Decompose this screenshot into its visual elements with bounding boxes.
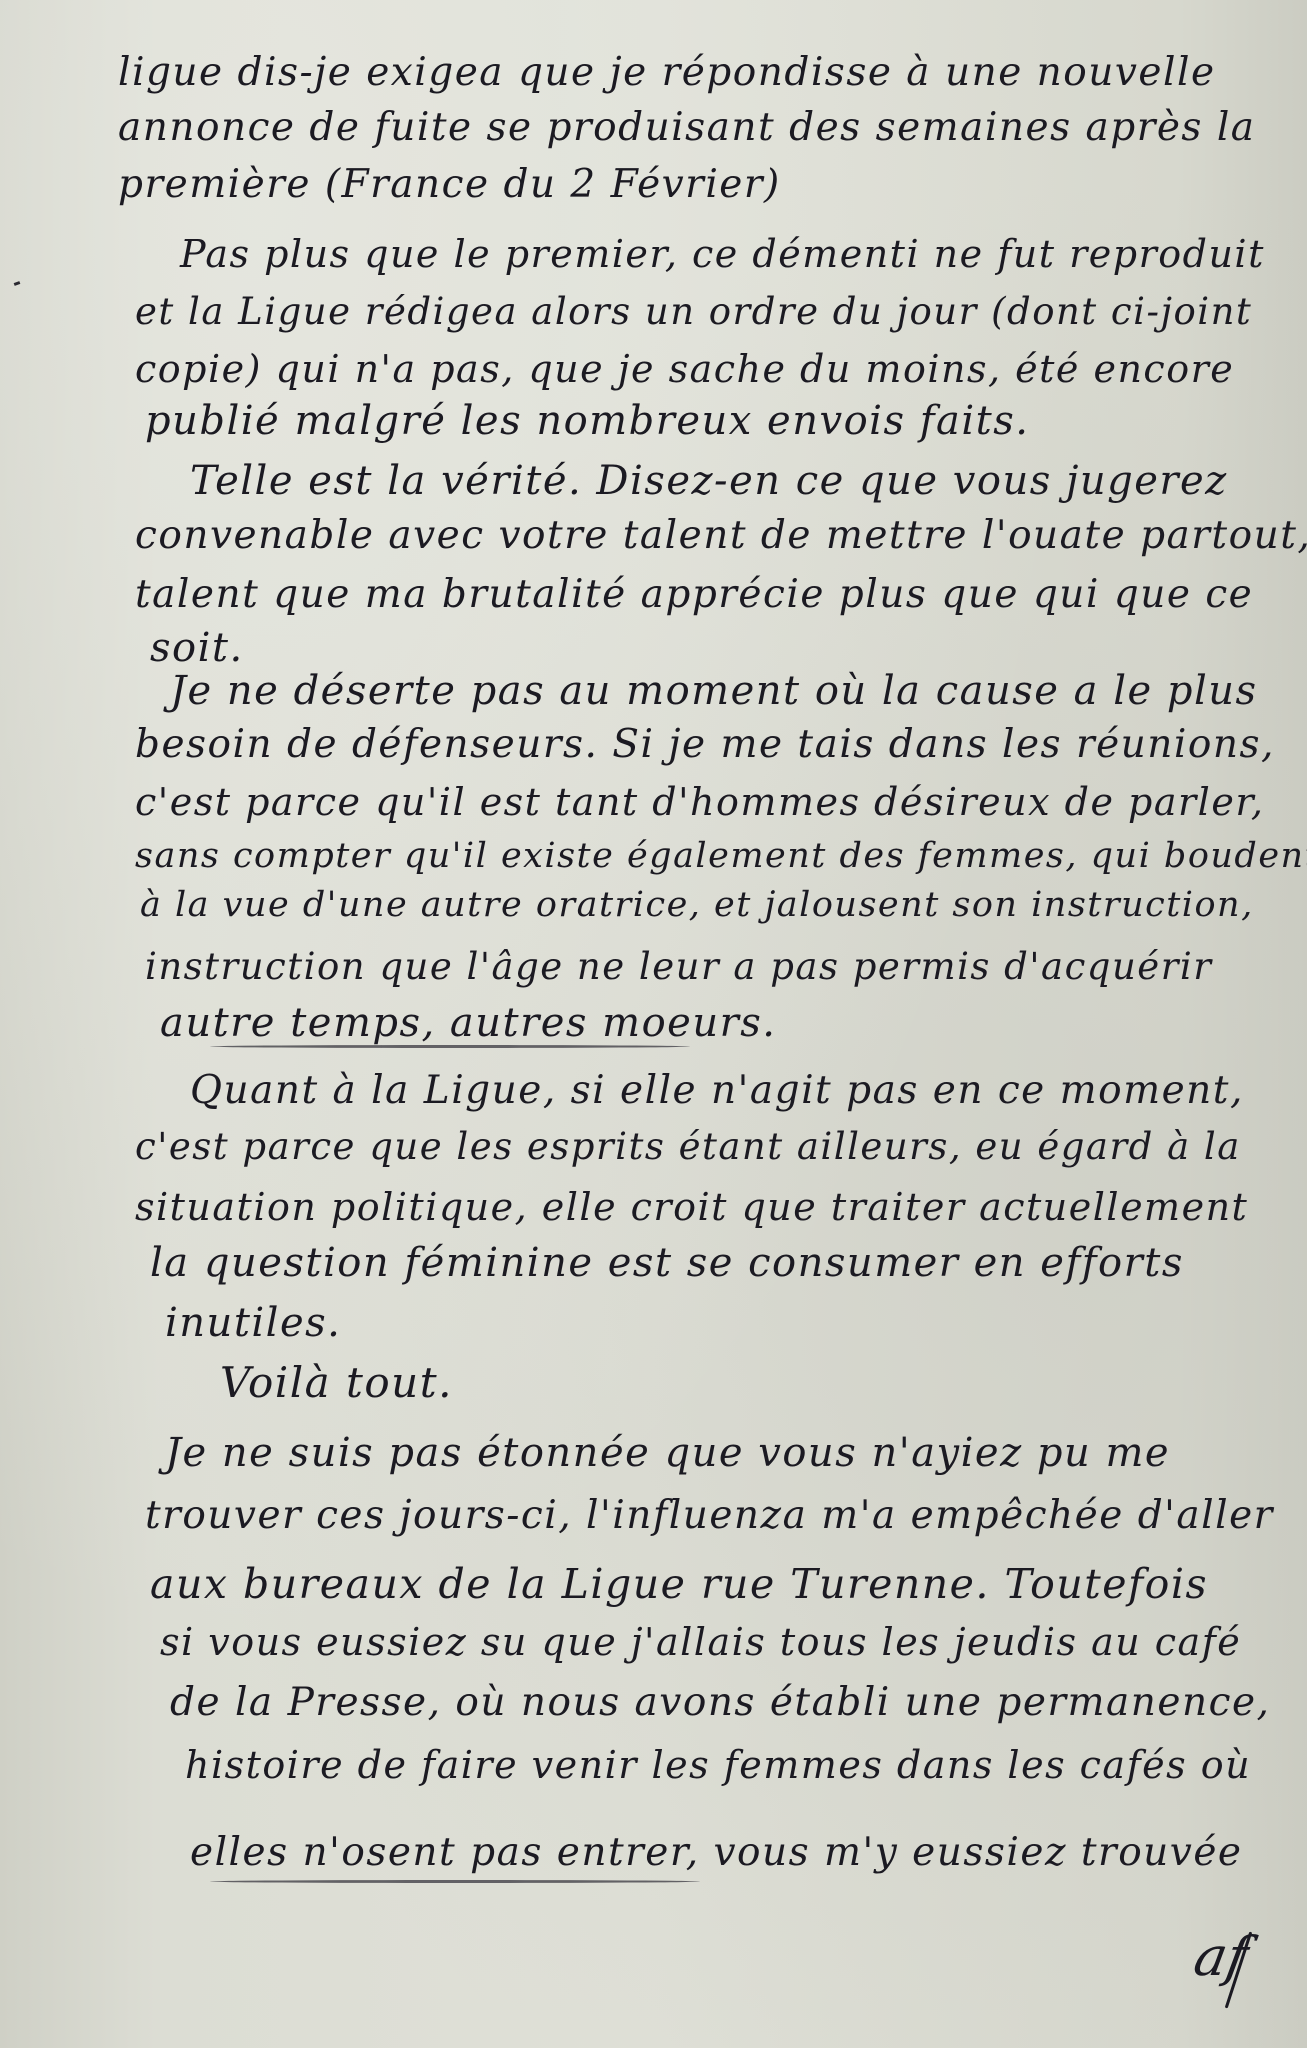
letter-line: Je ne déserte pas au moment où la cause …: [170, 668, 1258, 714]
letter-line: Telle est la vérité. Disez-en ce que vou…: [190, 458, 1228, 504]
letter-line: la question féminine est se consumer en …: [150, 1240, 1184, 1286]
letter-line: si vous eussiez su que j'allais tous les…: [160, 1620, 1241, 1664]
margin-ink-mark: [14, 281, 21, 286]
letter-line: Quant à la Ligue, si elle n'agit pas en …: [190, 1068, 1244, 1113]
letter-line: trouver ces jours-ci, l'influenza m'a em…: [145, 1493, 1274, 1538]
letter-line: c'est parce que les esprits étant ailleu…: [135, 1125, 1241, 1168]
letter-line: besoin de défenseurs. Si je me tais dans…: [135, 722, 1275, 767]
letter-line: elles n'osent pas entrer, vous m'y eussi…: [190, 1830, 1243, 1875]
letter-line: copie) qui n'a pas, que je sache du moin…: [135, 347, 1234, 391]
letter-line: à la vue d'une autre oratrice, et jalous…: [140, 885, 1254, 925]
underline-autre-temps: [210, 1045, 690, 1048]
letter-line: soit.: [150, 625, 244, 671]
letter-line: annonce de fuite se produisant des semai…: [118, 105, 1256, 150]
letter-line: autre temps, autres moeurs.: [160, 1000, 776, 1046]
letter-line: Voilà tout.: [220, 1358, 453, 1407]
letter-line: aux bureaux de la Ligue rue Turenne. Tou…: [150, 1560, 1208, 1608]
letter-line: Je ne suis pas étonnée que vous n'ayiez …: [165, 1430, 1170, 1476]
letter-line: inutiles.: [165, 1300, 341, 1346]
letter-line: convenable avec votre talent de mettre l…: [135, 513, 1307, 558]
letter-line: et la Ligue rédigea alors un ordre du jo…: [135, 290, 1252, 333]
letter-line: Pas plus que le premier, ce démenti ne f…: [180, 232, 1265, 276]
letter-line: publié malgré les nombreux envois faits.: [145, 398, 1029, 444]
letter-line: de la Presse, où nous avons établi une p…: [170, 1680, 1270, 1725]
underline-elles-nosent: [210, 1880, 700, 1883]
letter-line: situation politique, elle croit que trai…: [135, 1185, 1248, 1229]
letter-line: talent que ma brutalité apprécie plus qu…: [135, 572, 1253, 617]
letter-page: ligue dis-je exigea que je répondisse à …: [0, 0, 1307, 2048]
letter-line: histoire de faire venir les femmes dans …: [185, 1743, 1251, 1787]
letter-line: ligue dis-je exigea que je répondisse à …: [118, 50, 1216, 95]
letter-line: instruction que l'âge ne leur a pas perm…: [145, 945, 1212, 988]
letter-line: c'est parce qu'il est tant d'hommes dési…: [135, 780, 1264, 824]
letter-line: sans compter qu'il existe également des …: [135, 836, 1307, 876]
letter-line: première (France du 2 Février): [118, 162, 781, 207]
